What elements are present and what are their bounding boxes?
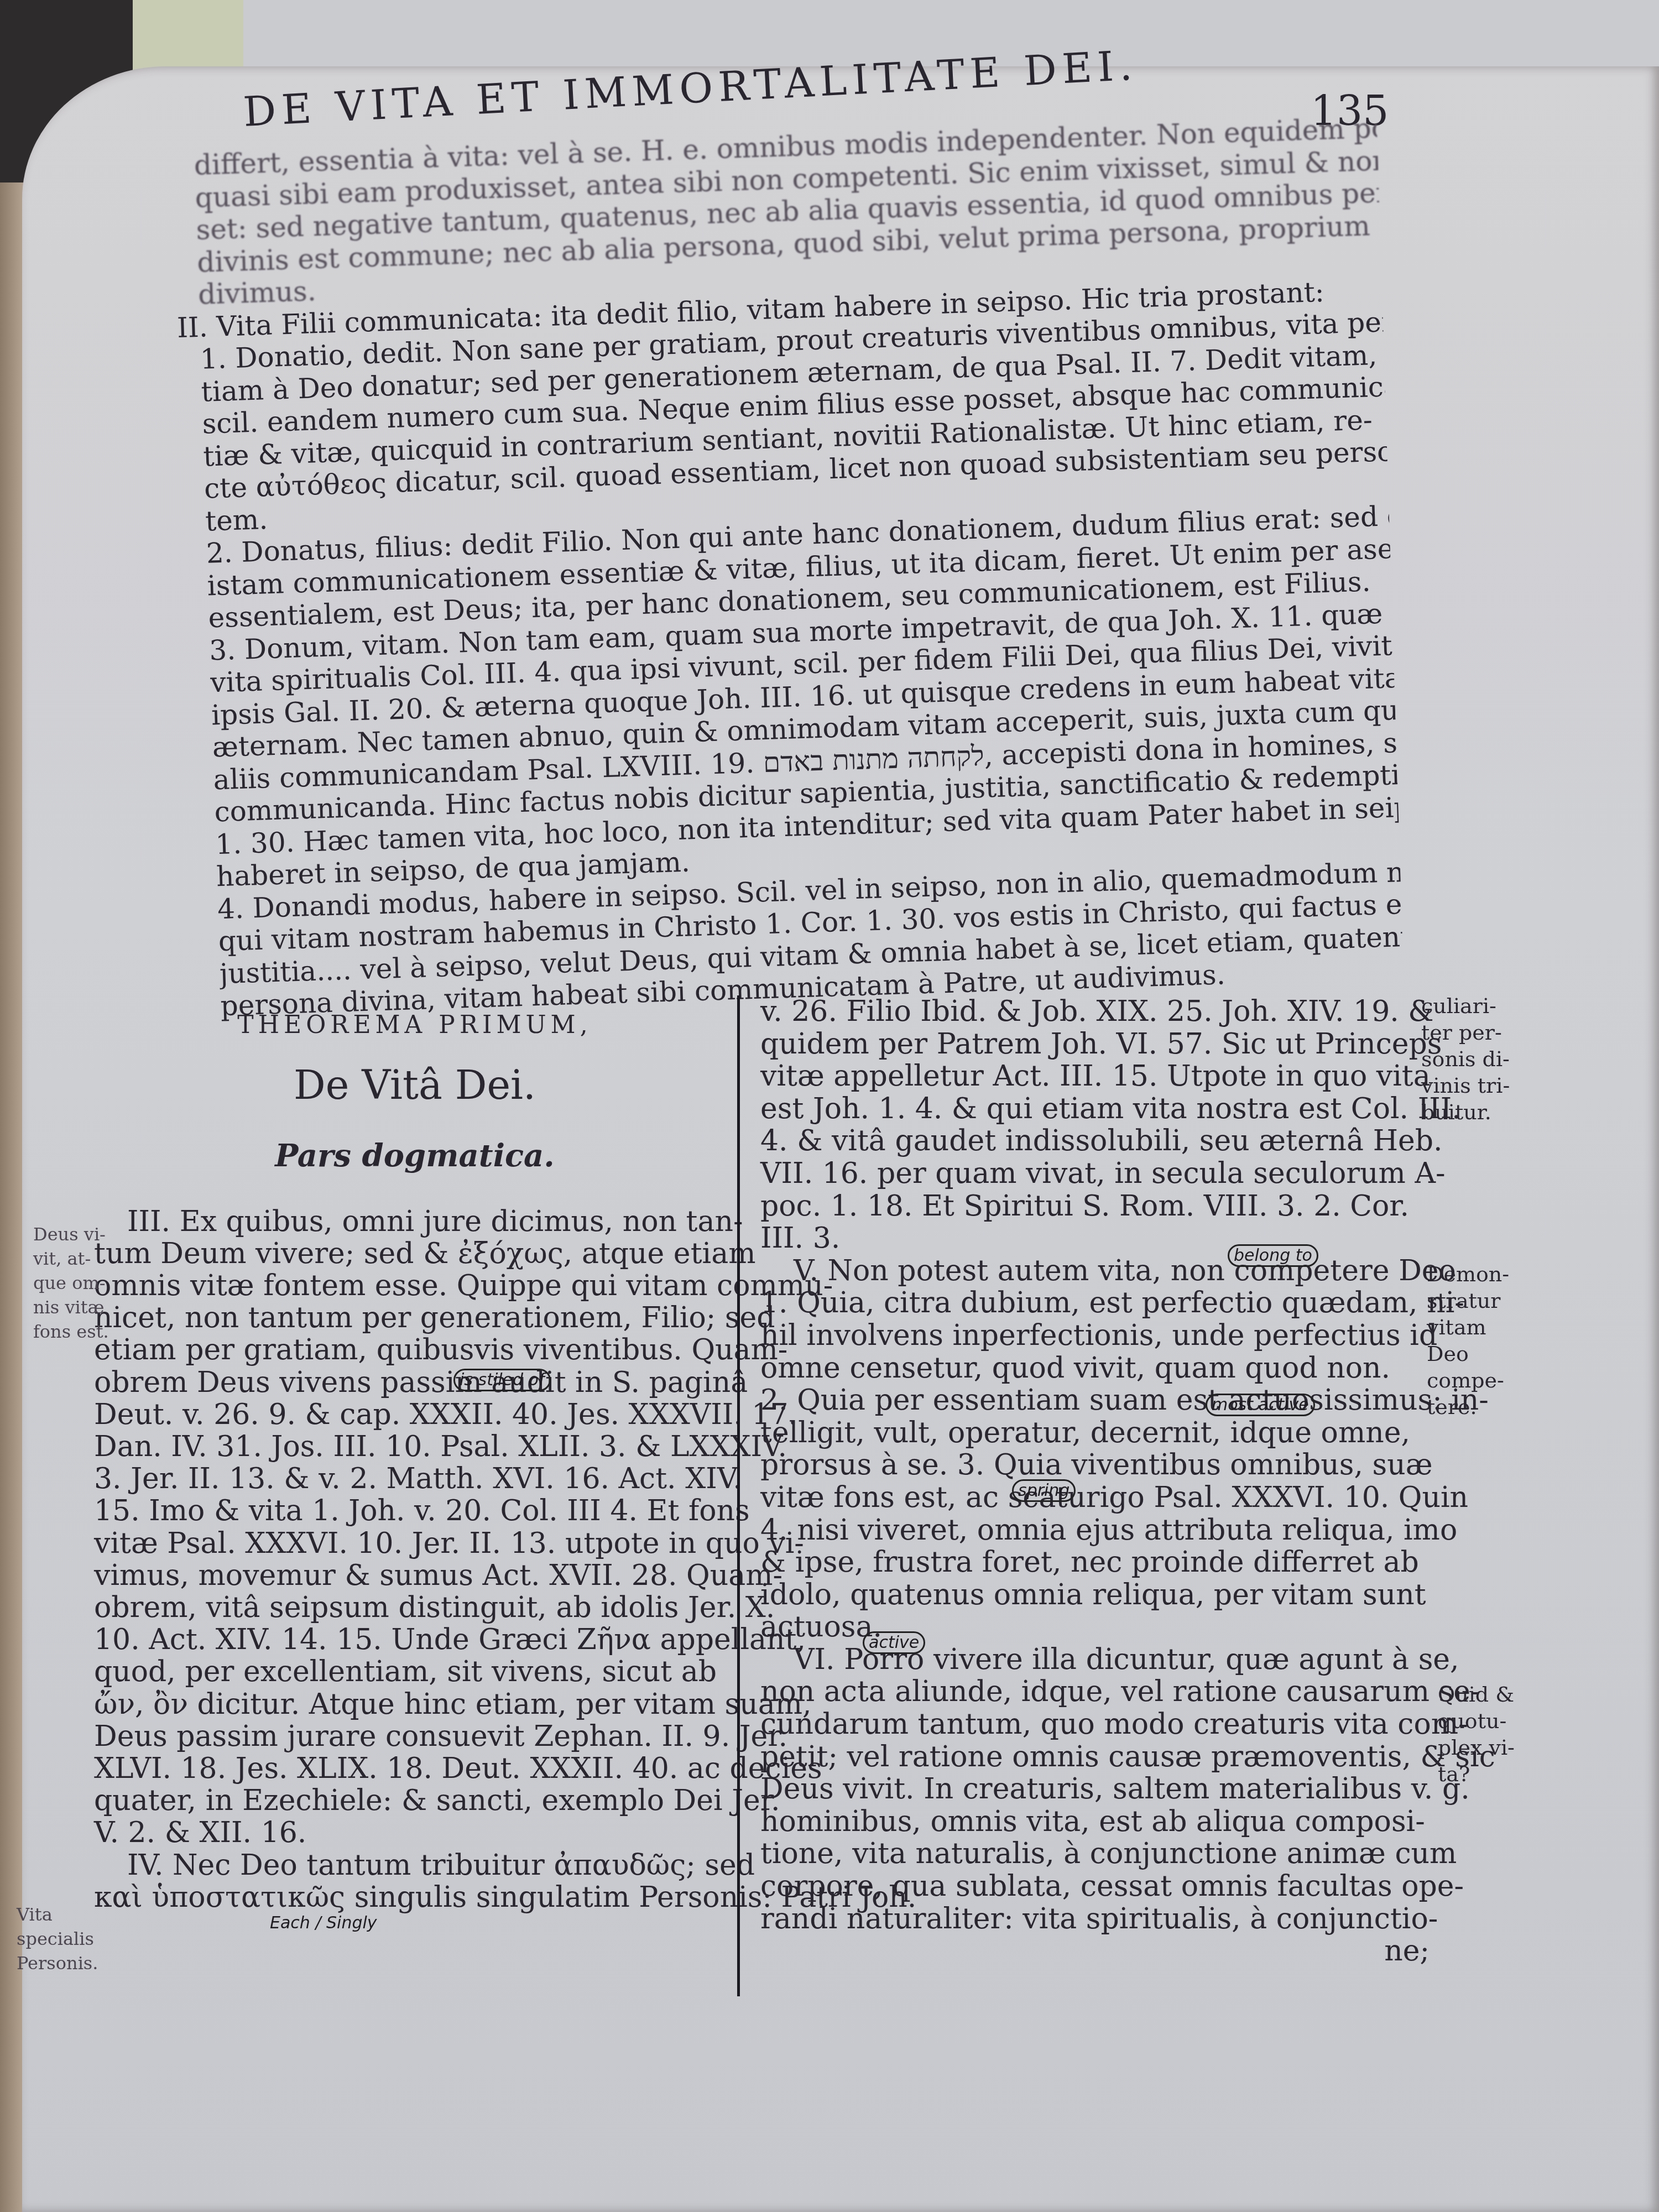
text-line: vitæ Psal. XXXVI. 10. Jer. II. 13. utpot… [94,1527,735,1559]
text-line: Dan. IV. 31. Jos. III. 10. Psal. XLII. 3… [94,1431,735,1463]
text-line: III. 3. [760,1222,1441,1255]
text-line: omne censetur, quod vivit, quam quod non… [760,1352,1441,1385]
text-line: 15. Imo & vita 1. Joh. v. 20. Col. III 4… [94,1495,735,1527]
column-divider [737,995,740,1996]
text-line: vimus, movemur & sumus Act. XVII. 28. Qu… [94,1559,735,1592]
text-line: XLVI. 18. Jes. XLIX. 18. Deut. XXXII. 40… [94,1752,735,1785]
handwritten-annotation: belong to [1228,1244,1318,1267]
text-line: vitæ fons est, ac scaturigo Psal. XXXVI.… [760,1481,1441,1514]
text-line: petit; vel ratione omnis causæ præmovent… [760,1741,1441,1773]
text-line: obrem, vitâ seipsum distinguit, ab idoli… [94,1592,735,1624]
right-column: v. 26. Filio Ibid. & Job. XIX. 25. Joh. … [760,995,1441,1968]
text-line: telligit, vult, operatur, decernit, idqu… [760,1417,1441,1449]
text-line: 1. Quia, citra dubium, est perfectio quæ… [760,1287,1441,1319]
text-line: prorsus à se. 3. Quia viventibus omnibus… [760,1449,1441,1481]
text-line: idolo, quatenus omnia reliqua, per vitam… [760,1579,1441,1611]
text-line: Deus vivit. In creaturis, saltem materia… [760,1773,1441,1806]
text-line: III. Ex quibus, omni jure dicimus, non t… [94,1206,735,1238]
text-line: 3. Jer. II. 13. & v. 2. Matth. XVI. 16. … [94,1463,735,1495]
text-line: obrem Deus vivens passim audit in S. pag… [94,1366,735,1399]
text-line: VII. 16. per quam vivat, in secula secul… [760,1157,1441,1190]
text-line: 2. Quia per essentiam suam est actuosiss… [760,1384,1441,1417]
text-line: corpore, qua sublata, cessat omnis facul… [760,1870,1441,1903]
text-line: omnis vitæ fontem esse. Quippe qui vitam… [94,1270,735,1302]
text-line: quidem per Patrem Joh. VI. 57. Sic ut Pr… [760,1028,1441,1061]
margin-note-right: Demon- stratur vitam Deo compe- tere. [1427,1261,1509,1420]
handwritten-annotation: Each / Singly [265,1913,382,1933]
text-line: Deus passim jurare consuevit Zephan. II.… [94,1720,735,1752]
margin-note-left: Deus vi- vit, at- que om- nis vitæ fons … [33,1222,109,1344]
handwritten-annotation: active [863,1631,925,1654]
text-line: 4. & vitâ gaudet indissolubili, seu æter… [760,1125,1441,1157]
text-line: Deut. v. 26. 9. & cap. XXXII. 40. Jes. X… [94,1399,735,1431]
section-subtitle: Pars dogmatica. [94,1140,735,1172]
text-line: quod, per excellentiam, sit vivens, sicu… [94,1656,735,1688]
text-line: est Joh. 1. 4. & qui etiam vita nostra e… [760,1093,1441,1125]
text-line: v. 26. Filio Ibid. & Job. XIX. 25. Joh. … [760,995,1441,1028]
text-line: actuosa. [760,1611,1441,1644]
text-line: 4. nisi viveret, omnia ejus attributa re… [760,1514,1441,1547]
text-line: cundarum tantum, quo modo creaturis vita… [760,1708,1441,1741]
text-line: poc. 1. 18. Et Spiritui S. Rom. VIII. 3.… [760,1190,1441,1223]
text-line: tione, vita naturalis, à conjunctione an… [760,1838,1441,1870]
text-line: non acta aliunde, idque, vel ratione cau… [760,1676,1441,1708]
text-line: hominibus, omnis vita, est ab aliqua com… [760,1806,1441,1838]
text-line: IV. Nec Deo tantum tribuitur ἀπαυδῶς; se… [94,1849,735,1881]
text-line: hil involvens inperfectionis, unde perfe… [760,1319,1441,1352]
text-line: 10. Act. XIV. 14. 15. Unde Græci Ζῆνα ap… [94,1624,735,1656]
text-line: etiam per gratiam, quibusvis viventibus.… [94,1334,735,1366]
text-line: V. Non potest autem vita, non competere … [760,1255,1441,1287]
continuation-text-block: differt, essentia à vita: vel à se. H. e… [194,112,1404,1022]
text-line: randi naturaliter: vita spiritualis, à c… [760,1903,1441,1936]
theorem-label: THEOREMA PRIMUM, [94,1009,735,1041]
text-line: vitæ appelletur Act. III. 15. Utpote in … [760,1060,1441,1093]
text-line: ὤν, ὂν dicitur. Atque hinc etiam, per vi… [94,1688,735,1720]
text-line: nicet, non tantum per generationem, Fili… [94,1302,735,1334]
left-column: THEOREMA PRIMUM, De Vitâ Dei. Pars dogma… [94,998,735,1913]
text-line: V. 2. & XII. 16. [94,1817,735,1849]
text-line: ne; [760,1935,1441,1968]
text-line: καὶ ὑποστατικῶς singulis singulatim Pers… [94,1881,735,1913]
handwritten-annotation: spring [1012,1479,1076,1502]
handwritten-annotation: most active [1206,1394,1315,1416]
margin-note-left: Vita specialis Personis. [17,1902,98,1975]
text-line: quater, in Ezechiele: & sancti, exemplo … [94,1785,735,1817]
section-title: De Vitâ Dei. [94,1069,735,1101]
margin-note-right: culiari- ter per- sonis di- vinis tri- b… [1421,993,1510,1125]
text-line: & ipse, frustra foret, nec proinde diffe… [760,1546,1441,1579]
margin-note-right: Quid & quotu- plex vi- ta? [1438,1681,1515,1787]
handwritten-annotation: is stiled of [453,1369,551,1391]
text-line: VI. Porro vivere illa dicuntur, quæ agun… [760,1644,1441,1676]
text-line: tum Deum vivere; sed & ἐξόχως, atque eti… [94,1238,735,1270]
